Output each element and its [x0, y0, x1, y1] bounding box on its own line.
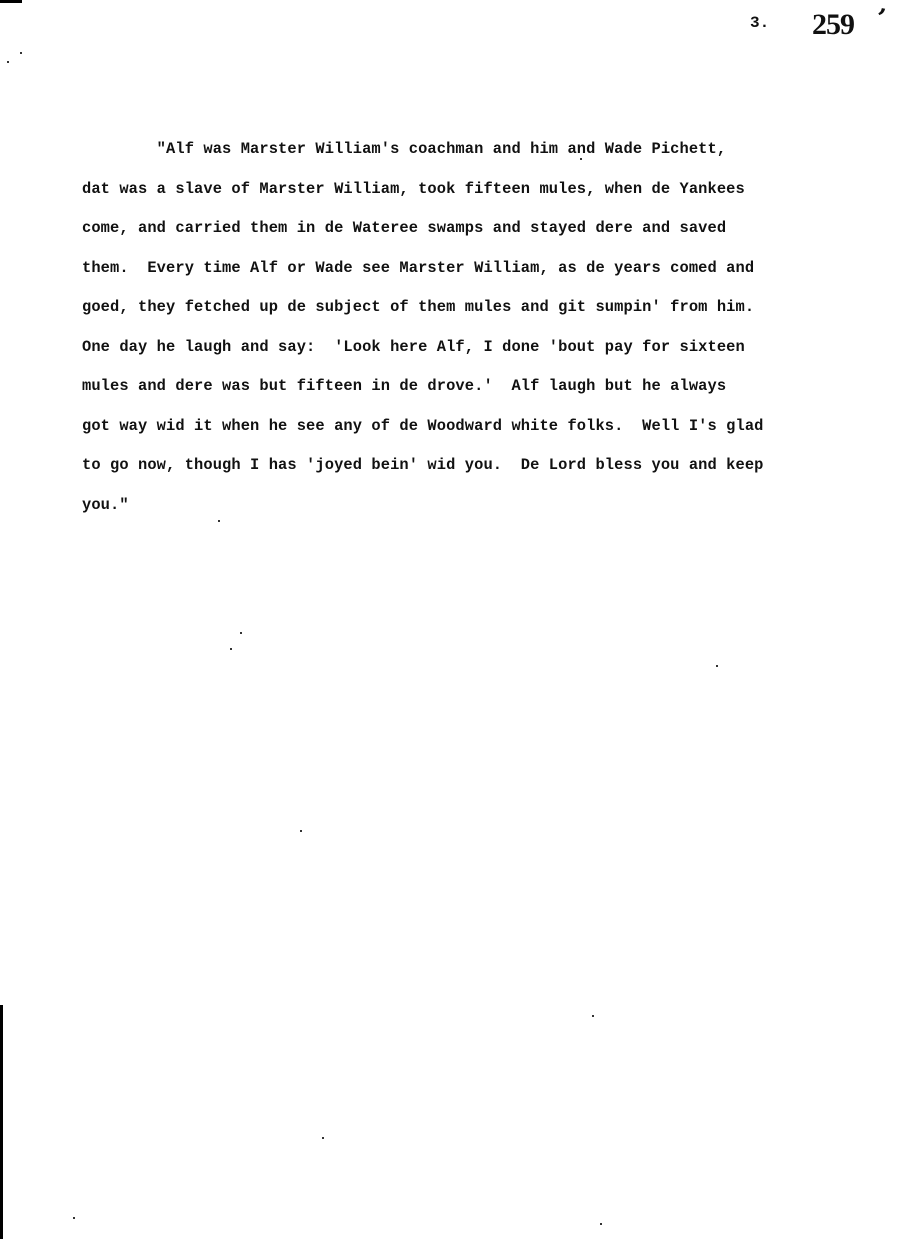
scan-speck	[322, 1137, 324, 1139]
scan-speck	[240, 632, 242, 634]
scan-speck	[20, 52, 22, 54]
text-line: goed, they fetched up de subject of them…	[82, 288, 802, 328]
scan-speck	[580, 158, 582, 160]
scan-speck	[716, 665, 718, 667]
scan-speck	[73, 1217, 75, 1219]
handwritten-check-mark-icon: ’	[873, 3, 888, 34]
scan-speck	[300, 830, 302, 832]
scan-speck	[600, 1223, 602, 1225]
scan-edge-top	[0, 0, 22, 3]
page-number: 259	[812, 8, 854, 42]
text-line: One day he laugh and say: 'Look here Alf…	[82, 328, 802, 368]
scan-speck	[230, 648, 232, 650]
document-page: 3. 259 ’ "Alf was Marster William's coac…	[0, 0, 900, 1239]
text-line: dat was a slave of Marster William, took…	[82, 170, 802, 210]
scan-speck	[592, 1015, 594, 1017]
text-line: got way wid it when he see any of de Woo…	[82, 407, 802, 447]
text-line: come, and carried them in de Wateree swa…	[82, 209, 802, 249]
text-line: to go now, though I has 'joyed bein' wid…	[82, 446, 802, 486]
text-line: mules and dere was but fifteen in de dro…	[82, 367, 802, 407]
text-line: them. Every time Alf or Wade see Marster…	[82, 249, 802, 289]
typed-narrative-paragraph: "Alf was Marster William's coachman and …	[82, 130, 802, 525]
section-page-marker: 3.	[750, 14, 769, 32]
text-line: you."	[82, 486, 802, 526]
scan-speck	[7, 61, 9, 63]
text-line: "Alf was Marster William's coachman and …	[82, 130, 802, 170]
scan-speck	[218, 520, 220, 522]
scan-edge-left	[0, 1005, 3, 1239]
